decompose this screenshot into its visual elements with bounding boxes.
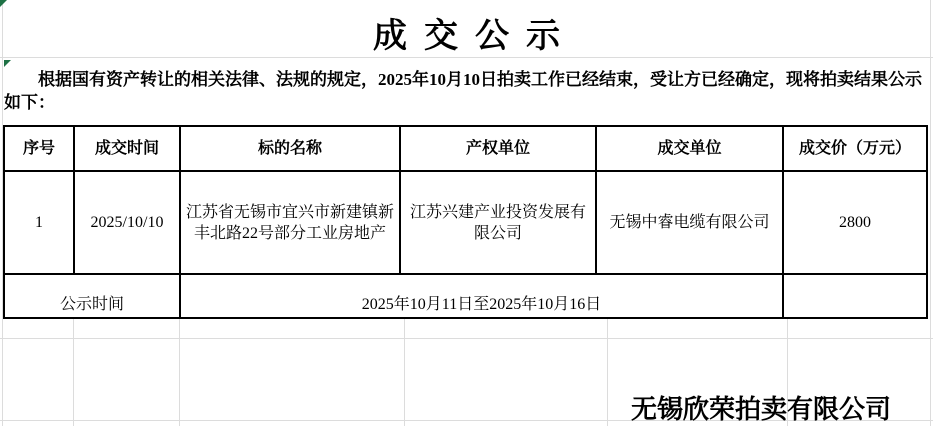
- footer-publicity-period: 2025年10月11日至2025年10月16日: [180, 274, 783, 318]
- results-table: 序号 成交时间 标的名称 产权单位 成交单位 成交价（万元） 1 2025/10…: [3, 125, 928, 319]
- cell-index: 1: [4, 171, 74, 274]
- gridline-horizontal: [0, 57, 933, 58]
- spreadsheet-canvas: 成 交 公 示 根据国有资产转让的相关法律、法规的规定，2025年10月10日拍…: [0, 0, 933, 426]
- table-footer-row: 公示时间 2025年10月11日至2025年10月16日: [4, 274, 927, 318]
- cell-subject: 江苏省无锡市宜兴市新建镇新丰北路22号部分工业房地产: [180, 171, 400, 274]
- footer-label: 公示时间: [4, 274, 180, 318]
- cell-error-flag-icon: [0, 0, 7, 7]
- gridline-vertical: [930, 0, 931, 426]
- footer-empty-cell: [783, 274, 927, 318]
- auction-company-signature: 无锡欣荣拍卖有限公司: [631, 389, 891, 426]
- header-deal-date: 成交时间: [74, 126, 180, 171]
- header-buyer-unit: 成交单位: [596, 126, 783, 171]
- intro-paragraph: 根据国有资产转让的相关法律、法规的规定，2025年10月10日拍卖工作已经结束，…: [4, 68, 926, 114]
- cell-owner-unit: 江苏兴建产业投资发展有限公司: [400, 171, 596, 274]
- cell-price: 2800: [783, 171, 927, 274]
- header-price: 成交价（万元）: [783, 126, 927, 171]
- gridline-vertical: [73, 317, 74, 426]
- cell-buyer-unit: 无锡中睿电缆有限公司: [596, 171, 783, 274]
- gridline-vertical: [607, 317, 608, 426]
- table-row: 1 2025/10/10 江苏省无锡市宜兴市新建镇新丰北路22号部分工业房地产 …: [4, 171, 927, 274]
- gridline-horizontal: [0, 338, 933, 339]
- header-index: 序号: [4, 126, 74, 171]
- cell-deal-date: 2025/10/10: [74, 171, 180, 274]
- header-owner-unit: 产权单位: [400, 126, 596, 171]
- table-header-row: 序号 成交时间 标的名称 产权单位 成交单位 成交价（万元）: [4, 126, 927, 171]
- cell-error-flag-icon: [4, 60, 11, 67]
- gridline-vertical: [404, 317, 405, 426]
- page-title: 成 交 公 示: [0, 8, 933, 57]
- header-subject: 标的名称: [180, 126, 400, 171]
- gridline-vertical: [179, 317, 180, 426]
